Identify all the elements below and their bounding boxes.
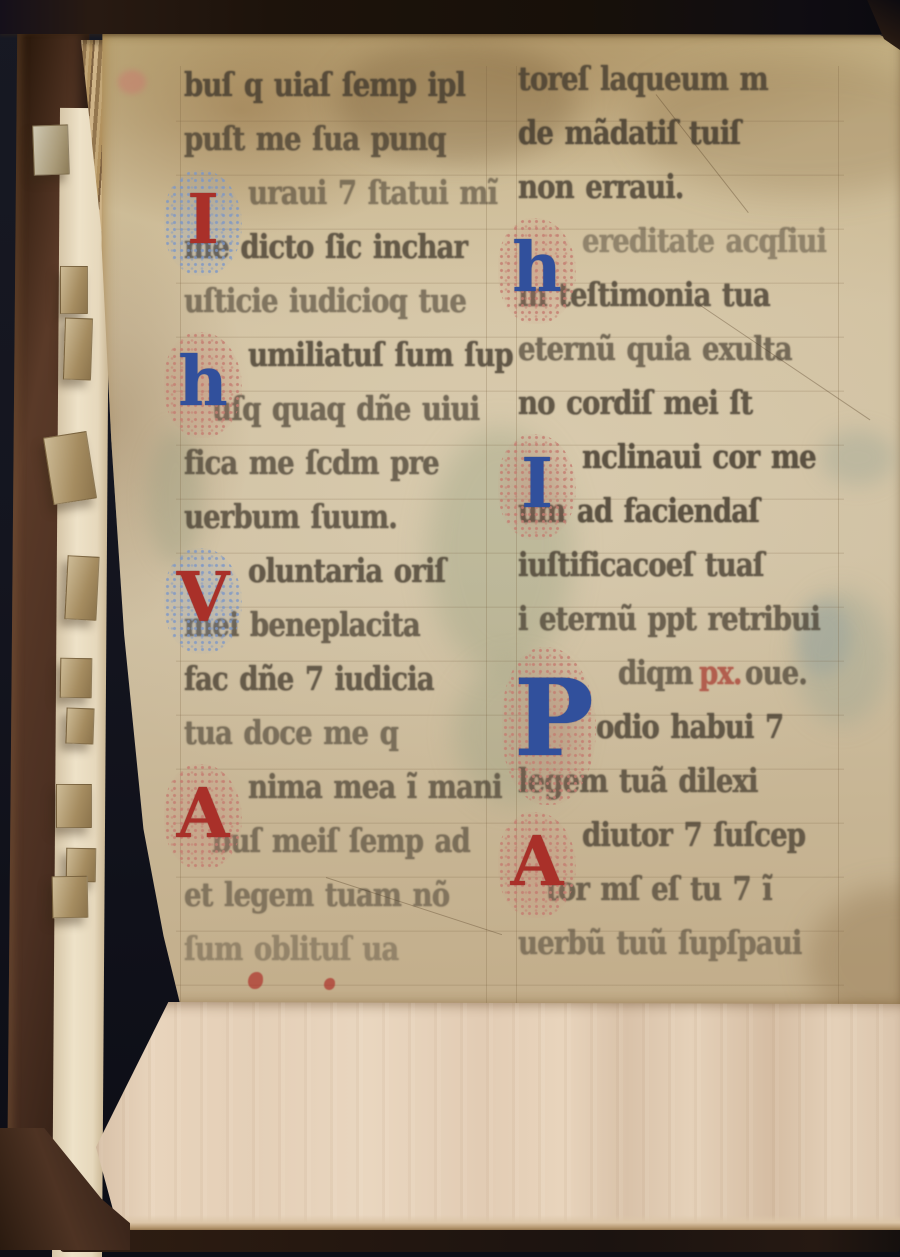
- text-line: buſ q uiaſ ſemp ipl: [184, 70, 490, 124]
- manuscript-page: buſ q uiaſ ſemp iplpuſt me ſua punqIurau…: [96, 32, 900, 1004]
- fore-edge-tab: [65, 708, 94, 745]
- text-line: hereditate acqſiui: [518, 226, 854, 280]
- text-line: Voluntaria oriſ: [184, 556, 490, 610]
- illuminated-initial: h: [510, 227, 564, 315]
- illuminated-initial: I: [176, 179, 230, 267]
- fore-edge-tab: [64, 555, 99, 621]
- gothic-text: uſq quaq dñe uiui: [212, 391, 479, 430]
- text-line: tua doce me q: [184, 718, 490, 772]
- gothic-text: de mãdatiſ tuiſ: [518, 115, 740, 154]
- fore-edge-tab: [32, 124, 70, 175]
- text-line: i eternũ ppt retribui: [518, 604, 854, 658]
- rubric-text: px.: [699, 655, 742, 694]
- text-line: Pdiqm px. oue.: [518, 658, 854, 712]
- fore-edge-tab: [60, 266, 88, 314]
- text-line: non erraui.: [518, 172, 854, 226]
- gothic-text: ereditate acqſiui: [582, 223, 826, 262]
- gothic-text: diutor 7 ſuſcep: [582, 817, 805, 856]
- leather-binding-bottom: [60, 1230, 900, 1252]
- gothic-text: uerbum ſuum.: [184, 499, 397, 538]
- gothic-text: fac dñe 7 iudicia: [184, 661, 434, 700]
- text-line: Anima mea ĩ mani: [184, 772, 490, 826]
- gothic-text: oluntaria oriſ: [248, 553, 445, 592]
- text-line: fica me ſcdm pre: [184, 448, 490, 502]
- gothic-text: tua doce me q: [184, 715, 398, 754]
- fore-edge-tab: [60, 658, 93, 699]
- gothic-text: buſ meiſ ſemp ad: [212, 823, 470, 862]
- text-line: Adiutor 7 ſuſcep: [518, 820, 854, 874]
- bottom-flyleaf: [96, 1002, 900, 1236]
- fore-edge-tab: [56, 784, 92, 828]
- gothic-text: buſ q uiaſ ſemp ipl: [184, 67, 465, 106]
- text-line: de mãdatiſ tuiſ: [518, 118, 854, 172]
- text-line: et legem tuam nõ: [184, 880, 490, 934]
- gothic-text: iuſtificacoeſ tuaſ: [518, 547, 764, 586]
- text-line: toreſ laqueum m: [518, 64, 854, 118]
- gothic-text: uſticie iudicioq tue: [184, 283, 466, 322]
- text-line: uſticie iudicioq tue: [184, 286, 490, 340]
- gothic-text: uraui 7 ſtatui mĩ: [248, 175, 497, 214]
- text-line: humiliatuſ ſum ſup: [184, 340, 490, 394]
- text-line: ſum oblituſ ua: [184, 934, 490, 988]
- text-line: Inclinaui cor me: [518, 442, 854, 496]
- gothic-text: eternũ quia exulta: [518, 331, 792, 370]
- text-line: uerbum ſuum.: [184, 502, 490, 556]
- gothic-text: nima mea ĩ mani: [248, 769, 502, 808]
- text-line: no cordiſ mei ſt: [518, 388, 854, 442]
- gothic-text: toreſ laqueum m: [518, 61, 768, 100]
- gothic-text: odio habui 7: [596, 709, 783, 748]
- gothic-text: tor mſ eſ tu 7 ĩ: [546, 871, 772, 910]
- illuminated-initial: V: [176, 557, 230, 645]
- illuminated-initial: I: [510, 443, 564, 531]
- gothic-text: puſt me ſua punq: [184, 121, 446, 160]
- gothic-text: nclinaui cor me: [582, 439, 816, 478]
- text-line: puſt me ſua punq: [184, 124, 490, 178]
- gothic-text: fica me ſcdm pre: [184, 445, 439, 484]
- gothic-text: no cordiſ mei ſt: [518, 385, 752, 424]
- text-column-left: buſ q uiaſ ſemp iplpuſt me ſua punqIurau…: [184, 70, 490, 988]
- gothic-text: oue.: [745, 655, 807, 694]
- illuminated-initial: h: [176, 341, 230, 429]
- gothic-text: ſum oblituſ ua: [184, 931, 398, 970]
- text-line: Iuraui 7 ſtatui mĩ: [184, 178, 490, 232]
- text-column-right: toreſ laqueum mde mãdatiſ tuiſnon erraui…: [518, 64, 854, 982]
- binding-top-edge: [0, 0, 900, 34]
- gothic-text: et legem tuam nõ: [184, 877, 449, 916]
- illuminated-initial: P: [514, 656, 584, 796]
- fore-edge-tab: [63, 318, 93, 381]
- text-line: fac dñe 7 iudicia: [184, 664, 490, 718]
- text-line: eternũ quia exulta: [518, 334, 854, 388]
- fore-edge-tab: [52, 876, 89, 919]
- gothic-text: non erraui.: [518, 169, 683, 208]
- illuminated-initial: A: [176, 773, 230, 861]
- illuminated-initial: A: [510, 821, 564, 909]
- text-line: uerbũ tuũ ſupſpaui: [518, 928, 854, 982]
- manuscript-photo: buſ q uiaſ ſemp iplpuſt me ſua punqIurau…: [0, 0, 900, 1257]
- text-line: iuſtificacoeſ tuaſ: [518, 550, 854, 604]
- gothic-text: uerbũ tuũ ſupſpaui: [518, 925, 801, 964]
- stain: [118, 70, 146, 94]
- gothic-text: i eternũ ppt retribui: [518, 601, 820, 640]
- gothic-text: umiliatuſ ſum ſup: [248, 337, 513, 376]
- gothic-text: diqm: [618, 655, 693, 694]
